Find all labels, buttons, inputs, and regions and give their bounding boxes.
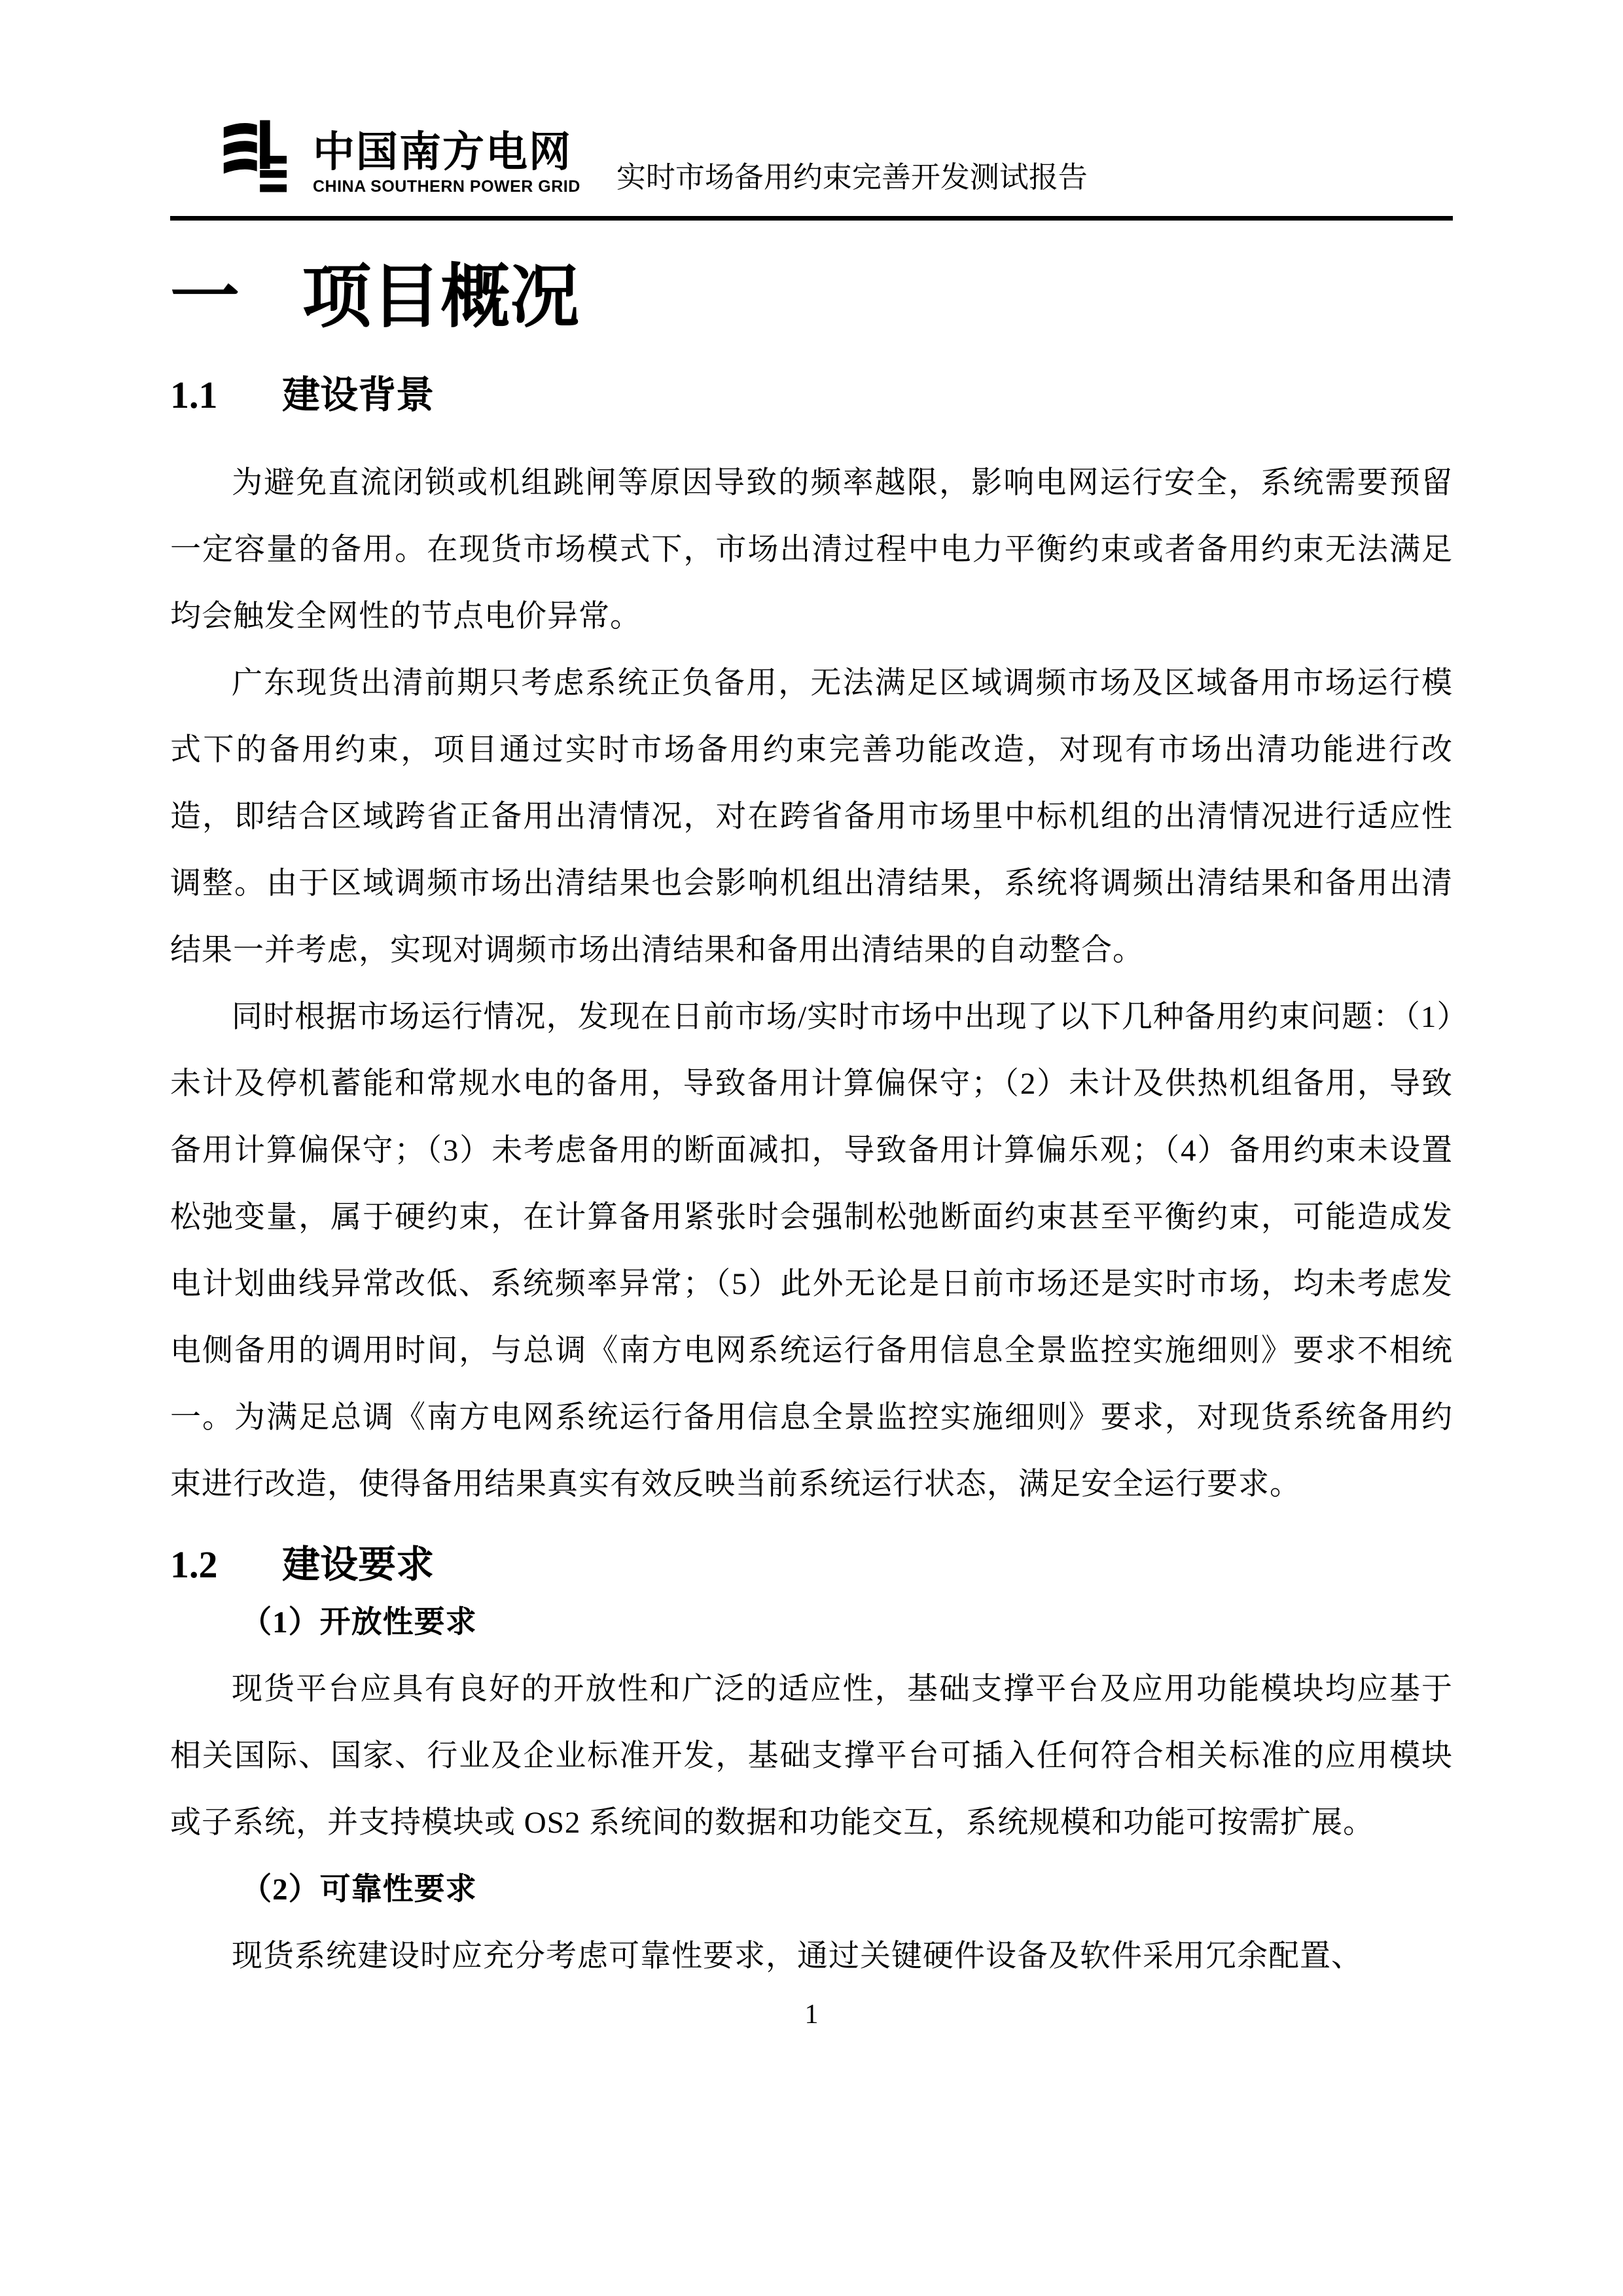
brand: 中国南方电网 CHINA SOUTHERN POWER GRID bbox=[223, 118, 580, 195]
brand-text: 中国南方电网 CHINA SOUTHERN POWER GRID bbox=[313, 131, 580, 195]
header-divider bbox=[170, 216, 1453, 221]
chapter-title: 项目概况 bbox=[302, 259, 579, 336]
section-1-1-title: 建设背景 bbox=[282, 374, 434, 416]
chapter-number: 一 bbox=[170, 259, 240, 336]
brand-name-cn: 中国南方电网 bbox=[313, 131, 580, 173]
subsection-label-reliability: （2）可靠性要求 bbox=[170, 1856, 1453, 1923]
section-1-1-heading: 1.1建设背景 bbox=[170, 370, 1453, 420]
section-1-2-title: 建设要求 bbox=[282, 1543, 434, 1586]
section-1-1-number: 1.1 bbox=[170, 374, 218, 416]
paragraph: 同时根据市场运行情况，发现在日前市场/实时市场中出现了以下几种备用约束问题：（1… bbox=[170, 984, 1453, 1518]
document-page: 中国南方电网 CHINA SOUTHERN POWER GRID 实时市场备用约… bbox=[0, 0, 1623, 2296]
csg-logo-icon bbox=[223, 118, 300, 195]
paragraph: 为避免直流闭锁或机组跳闸等原因导致的频率越限，影响电网运行安全，系统需要预留一定… bbox=[170, 450, 1453, 650]
page-number: 1 bbox=[170, 1999, 1453, 2030]
chapter-heading: 一项目概况 bbox=[170, 255, 1453, 342]
subsection-label-openness: （1）开放性要求 bbox=[170, 1589, 1453, 1656]
section-1-1-body: 为避免直流闭锁或机组跳闸等原因导致的频率越限，影响电网运行安全，系统需要预留一定… bbox=[170, 450, 1453, 1518]
paragraph: 现货系统建设时应充分考虑可靠性要求，通过关键硬件设备及软件采用冗余配置、 bbox=[170, 1923, 1453, 1990]
page-header: 中国南方电网 CHINA SOUTHERN POWER GRID 实时市场备用约… bbox=[223, 118, 1453, 195]
section-1-2: 1.2建设要求 （1）开放性要求 现货平台应具有良好的开放性和广泛的适应性，基础… bbox=[170, 1540, 1453, 1990]
brand-name-en: CHINA SOUTHERN POWER GRID bbox=[313, 179, 580, 195]
section-1-2-number: 1.2 bbox=[170, 1543, 218, 1586]
section-1-1: 1.1建设背景 为避免直流闭锁或机组跳闸等原因导致的频率越限，影响电网运行安全，… bbox=[170, 370, 1453, 1518]
document-title: 实时市场备用约束完善开发测试报告 bbox=[616, 163, 1088, 195]
section-1-2-body: （1）开放性要求 现货平台应具有良好的开放性和广泛的适应性，基础支撑平台及应用功… bbox=[170, 1589, 1453, 1990]
paragraph: 广东现货出清前期只考虑系统正负备用，无法满足区域调频市场及区域备用市场运行模式下… bbox=[170, 650, 1453, 984]
section-1-2-heading: 1.2建设要求 bbox=[170, 1540, 1453, 1589]
paragraph: 现货平台应具有良好的开放性和广泛的适应性，基础支撑平台及应用功能模块均应基于相关… bbox=[170, 1656, 1453, 1856]
